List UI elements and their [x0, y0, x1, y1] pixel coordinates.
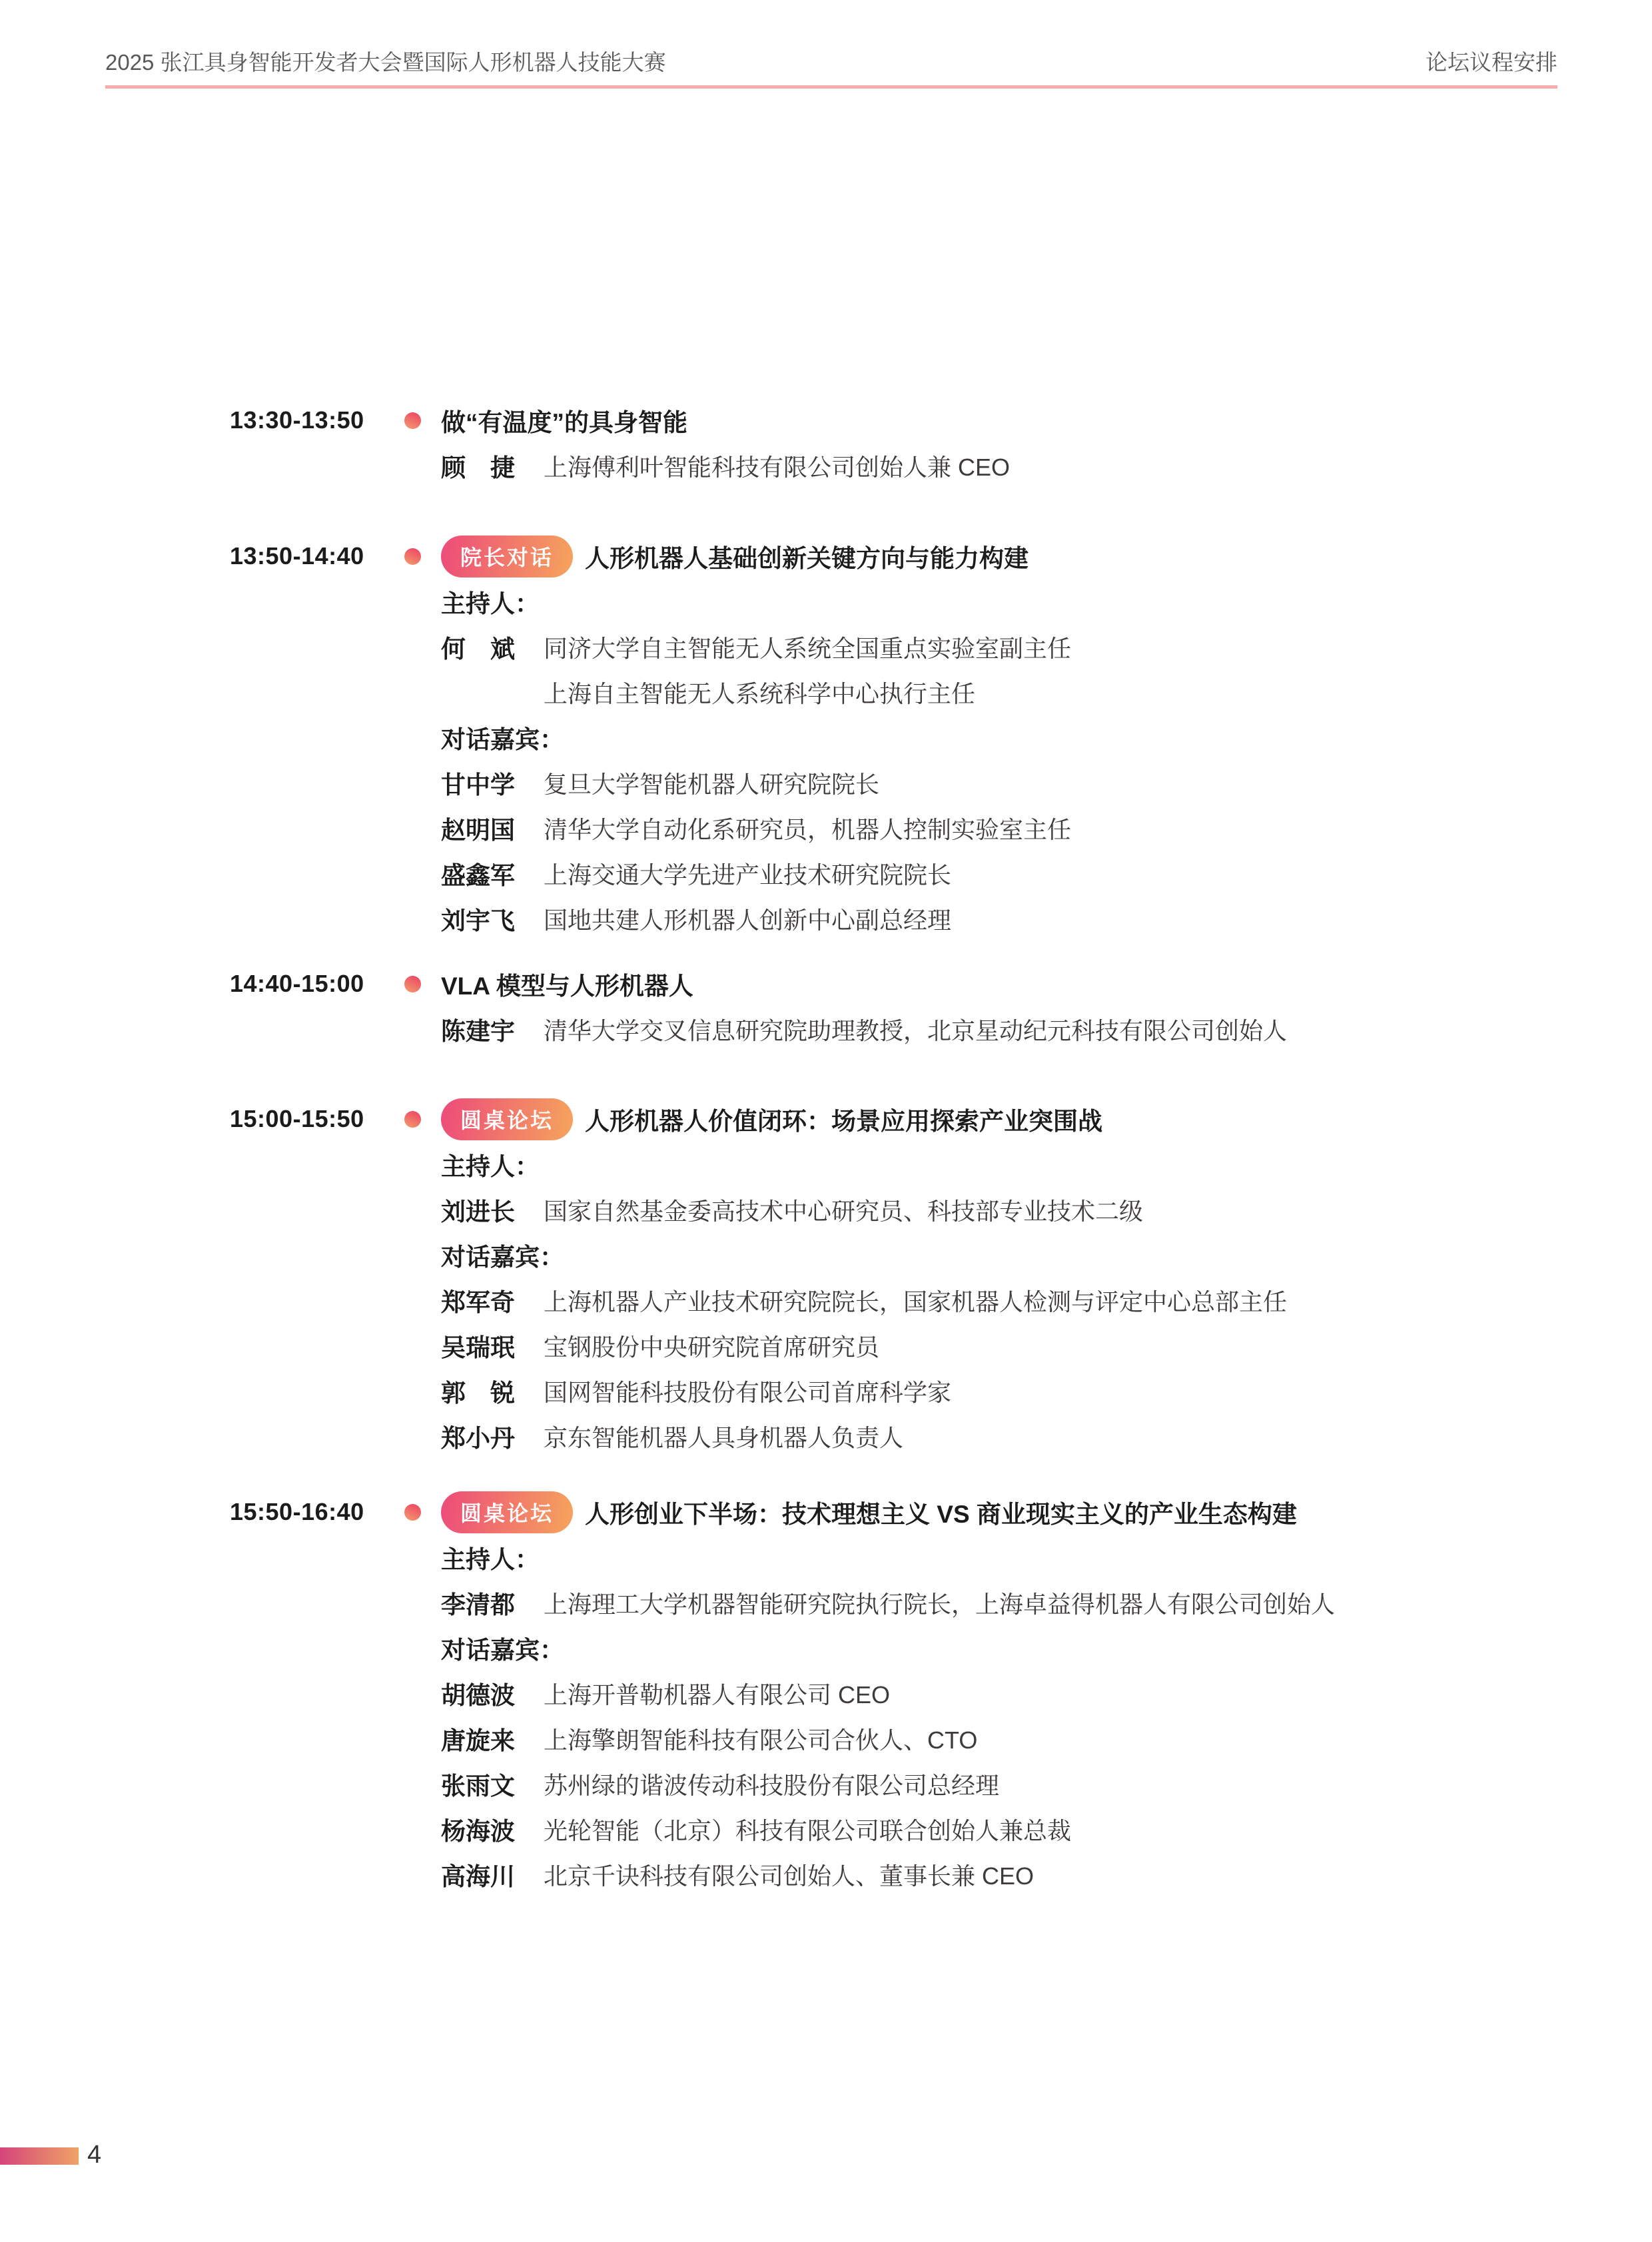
role-label: 主持人：: [441, 1539, 540, 1575]
role-label-row: 对话嘉宾：: [441, 1625, 1652, 1671]
speaker-name: 郑军奇: [441, 1282, 516, 1318]
agenda-slot-1440: 14:40-15:00 VLA 模型与人形机器人 陈建宇 清华大学交叉信息研究院…: [0, 961, 1652, 1052]
speaker-affiliation: 北京千诀科技有限公司创始人、董事长兼 CEO: [544, 1858, 1034, 1892]
speaker-affiliation: 国家自然基金委高技术中心研究员、科技部专业技术二级: [544, 1193, 1143, 1227]
slot-title: 人形机器人价值闭环：场景应用探索产业突围战: [585, 1101, 1102, 1137]
slot-header: 13:30-13:50 做“有温度”的具身智能: [230, 398, 1652, 443]
speaker-row: 赵明国 清华大学自动化系研究员，机器人控制实验室主任: [441, 805, 1652, 851]
speaker-name: 高海川: [441, 1856, 516, 1892]
speaker-affiliation: 上海傅利叶智能科技有限公司创始人兼 CEO: [544, 449, 1010, 483]
bullet-icon: [404, 976, 421, 992]
agenda-slot-1500: 15:00-15:50 圆桌论坛 人形机器人价值闭环：场景应用探索产业突围战 主…: [0, 1096, 1652, 1459]
speaker-name: 唐旋来: [441, 1720, 516, 1756]
speaker-name: 顾 捷: [441, 448, 516, 484]
role-label-row: 主持人：: [441, 1535, 1652, 1580]
speaker-row: 李清都 上海理工大学机器智能研究院执行院长，上海卓益得机器人有限公司创始人: [441, 1580, 1652, 1625]
speaker-row: 刘进长 国家自然基金委高技术中心研究员、科技部专业技术二级: [441, 1187, 1652, 1232]
role-label: 对话嘉宾：: [441, 1237, 564, 1273]
speaker-row: 刘宇飞 国地共建人形机器人创新中心副总经理: [441, 896, 1652, 941]
speaker-affiliation: 上海交通大学先进产业技术研究院院长: [544, 857, 951, 891]
speaker-name: 张雨文: [441, 1766, 516, 1802]
page-number: 4: [87, 2141, 101, 2169]
speaker-affiliation: 光轮智能（北京）科技有限公司联合创始人兼总裁: [544, 1812, 1071, 1846]
role-label-row: 主持人：: [441, 1142, 1652, 1187]
speaker-affiliation: 复旦大学智能机器人研究院院长: [544, 766, 879, 800]
role-label: 对话嘉宾：: [441, 1630, 564, 1666]
slot-title: 人形创业下半场：技术理想主义 VS 商业现实主义的产业生态构建: [585, 1494, 1297, 1530]
speaker-name: 刘进长: [441, 1192, 516, 1228]
slot-header: 14:40-15:00 VLA 模型与人形机器人: [230, 961, 1652, 1006]
speaker-affiliation: 清华大学自动化系研究员，机器人控制实验室主任: [544, 811, 1071, 845]
speaker-affiliation: 同济大学自主智能无人系统全国重点实验室副主任: [544, 630, 1071, 664]
speaker-name: 杨海波: [441, 1811, 516, 1847]
speaker-affiliation: 国网智能科技股份有限公司首席科学家: [544, 1374, 951, 1408]
header-section-title: 论坛议程安排: [1426, 49, 1557, 76]
session-type-badge: 圆桌论坛: [441, 1098, 573, 1140]
speaker-row: 胡德波 上海开普勒机器人有限公司 CEO: [441, 1671, 1652, 1716]
speaker-row: 顾 捷 上海傅利叶智能科技有限公司创始人兼 CEO: [441, 443, 1652, 488]
role-label: 对话嘉宾：: [441, 719, 564, 755]
agenda-slot-1330: 13:30-13:50 做“有温度”的具身智能 顾 捷 上海傅利叶智能科技有限公…: [0, 398, 1652, 488]
slot-time: 13:30-13:50: [230, 406, 404, 434]
agenda-slot-1550: 15:50-16:40 圆桌论坛 人形创业下半场：技术理想主义 VS 商业现实主…: [0, 1489, 1652, 1897]
speaker-affiliation: 清华大学交叉信息研究院助理教授，北京星动纪元科技有限公司创始人: [544, 1012, 1287, 1046]
slot-title: 人形机器人基础创新关键方向与能力构建: [585, 538, 1029, 574]
page-header: 2025 张江具身智能开发者大会暨国际人形机器人技能大赛 论坛议程安排: [105, 49, 1557, 89]
slot-time: 15:00-15:50: [230, 1105, 404, 1133]
speaker-name: 甘中学: [441, 765, 516, 801]
role-label-row: 对话嘉宾：: [441, 1232, 1652, 1278]
slot-header: 13:50-14:40 院长对话 人形机器人基础创新关键方向与能力构建: [230, 534, 1652, 579]
role-label: 主持人：: [441, 1146, 540, 1182]
slot-time: 14:40-15:00: [230, 970, 404, 998]
forum-agenda: 13:30-13:50 做“有温度”的具身智能 顾 捷 上海傅利叶智能科技有限公…: [0, 398, 1652, 1897]
speaker-row: 郑小丹 京东智能机器人具身机器人负责人: [441, 1413, 1652, 1459]
speaker-row: 郑军奇 上海机器人产业技术研究院院长，国家机器人检测与评定中心总部主任: [441, 1278, 1652, 1323]
speaker-row: 何 斌 同济大学自主智能无人系统全国重点实验室副主任: [441, 624, 1652, 669]
speaker-row: 高海川 北京千诀科技有限公司创始人、董事长兼 CEO: [441, 1852, 1652, 1897]
speaker-name: 赵明国: [441, 810, 516, 846]
speaker-name: 陈建宇: [441, 1011, 516, 1047]
speaker-affiliation: 京东智能机器人具身机器人负责人: [544, 1419, 903, 1453]
speaker-row: 陈建宇 清华大学交叉信息研究院助理教授，北京星动纪元科技有限公司创始人: [441, 1006, 1652, 1052]
speaker-name: 何 斌: [441, 629, 516, 665]
header-conference-title: 2025 张江具身智能开发者大会暨国际人形机器人技能大赛: [105, 49, 666, 76]
bullet-icon: [404, 1504, 421, 1521]
slot-title: VLA 模型与人形机器人: [441, 966, 693, 1002]
speaker-affiliation: 上海开普勒机器人有限公司 CEO: [544, 1677, 890, 1710]
session-type-badge: 圆桌论坛: [441, 1491, 573, 1533]
speaker-name: 刘宇飞: [441, 901, 516, 936]
role-label-row: 对话嘉宾：: [441, 715, 1652, 760]
speaker-name: 胡德波: [441, 1675, 516, 1711]
footer-gradient-bar: [0, 2147, 79, 2165]
speaker-name: 郑小丹: [441, 1418, 516, 1454]
session-type-badge: 院长对话: [441, 536, 573, 577]
speaker-row: 吴瑞珉 宝钢股份中央研究院首席研究员: [441, 1323, 1652, 1368]
slot-time: 15:50-16:40: [230, 1498, 404, 1526]
speaker-affiliation: 宝钢股份中央研究院首席研究员: [544, 1329, 879, 1363]
speaker-name: 吴瑞珉: [441, 1327, 516, 1363]
slot-header: 15:00-15:50 圆桌论坛 人形机器人价值闭环：场景应用探索产业突围战: [230, 1096, 1652, 1142]
speaker-row: 唐旋来 上海擎朗智能科技有限公司合伙人、CTO: [441, 1716, 1652, 1761]
slot-header: 15:50-16:40 圆桌论坛 人形创业下半场：技术理想主义 VS 商业现实主…: [230, 1489, 1652, 1535]
slot-title: 做“有温度”的具身智能: [441, 402, 687, 438]
speaker-affiliation: 上海理工大学机器智能研究院执行院长，上海卓益得机器人有限公司创始人: [544, 1586, 1335, 1620]
speaker-row: 盛鑫军 上海交通大学先进产业技术研究院院长: [441, 851, 1652, 896]
speaker-name: 盛鑫军: [441, 855, 516, 891]
speaker-affiliation: 苏州绿的谐波传动科技股份有限公司总经理: [544, 1767, 999, 1801]
speaker-name: 郭 锐: [441, 1373, 516, 1409]
role-label-row: 主持人：: [441, 579, 1652, 624]
speaker-name: 李清都: [441, 1585, 516, 1621]
speaker-row: 郭 锐 国网智能科技股份有限公司首席科学家: [441, 1368, 1652, 1413]
speaker-row: 张雨文 苏州绿的谐波传动科技股份有限公司总经理: [441, 1761, 1652, 1806]
speaker-affiliation: 上海自主智能无人系统科学中心执行主任: [544, 675, 975, 709]
role-label: 主持人：: [441, 583, 540, 619]
slot-time: 13:50-14:40: [230, 542, 404, 570]
bullet-icon: [404, 548, 421, 565]
speaker-affiliation: 上海擎朗智能科技有限公司合伙人、CTO: [544, 1722, 977, 1756]
speaker-affiliation: 国地共建人形机器人创新中心副总经理: [544, 902, 951, 936]
speaker-row: 甘中学 复旦大学智能机器人研究院院长: [441, 760, 1652, 805]
bullet-icon: [404, 412, 421, 429]
speaker-row-continuation: 上海自主智能无人系统科学中心执行主任: [441, 669, 1652, 715]
agenda-slot-1350: 13:50-14:40 院长对话 人形机器人基础创新关键方向与能力构建 主持人：…: [0, 534, 1652, 941]
speaker-row: 杨海波 光轮智能（北京）科技有限公司联合创始人兼总裁: [441, 1806, 1652, 1852]
bullet-icon: [404, 1111, 421, 1128]
speaker-affiliation: 上海机器人产业技术研究院院长，国家机器人检测与评定中心总部主任: [544, 1284, 1287, 1317]
